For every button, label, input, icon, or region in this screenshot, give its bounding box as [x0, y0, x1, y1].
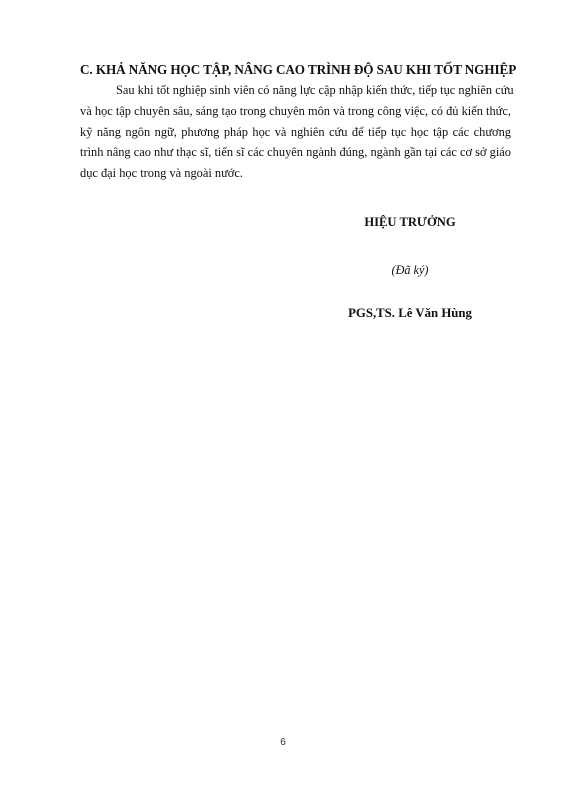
paragraph-line: Sau khi tốt nghiệp sinh viên có năng lực…	[80, 80, 511, 101]
signatory-name: PGS,TS. Lê Văn Hùng	[310, 306, 510, 321]
paragraph-line: dục đại học trong và ngoài nước.	[80, 163, 511, 184]
paragraph-line: kỹ năng ngôn ngữ, phương pháp học và ngh…	[80, 122, 511, 143]
page-number: 6	[270, 737, 296, 748]
paragraph-line: trình nâng cao như thạc sĩ, tiến sĩ các …	[80, 142, 511, 163]
paragraph-line: và học tập chuyên sâu, sáng tạo trong ch…	[80, 101, 511, 122]
signature-note: (Đã ký)	[320, 263, 500, 278]
section-heading: C. KHẢ NĂNG HỌC TẬP, NÂNG CAO TRÌNH ĐỘ S…	[80, 62, 520, 78]
signature-title: HIỆU TRƯỞNG	[320, 215, 500, 230]
body-paragraph: Sau khi tốt nghiệp sinh viên có năng lực…	[80, 80, 511, 184]
document-page: C. KHẢ NĂNG HỌC TẬP, NÂNG CAO TRÌNH ĐỘ S…	[0, 0, 566, 800]
